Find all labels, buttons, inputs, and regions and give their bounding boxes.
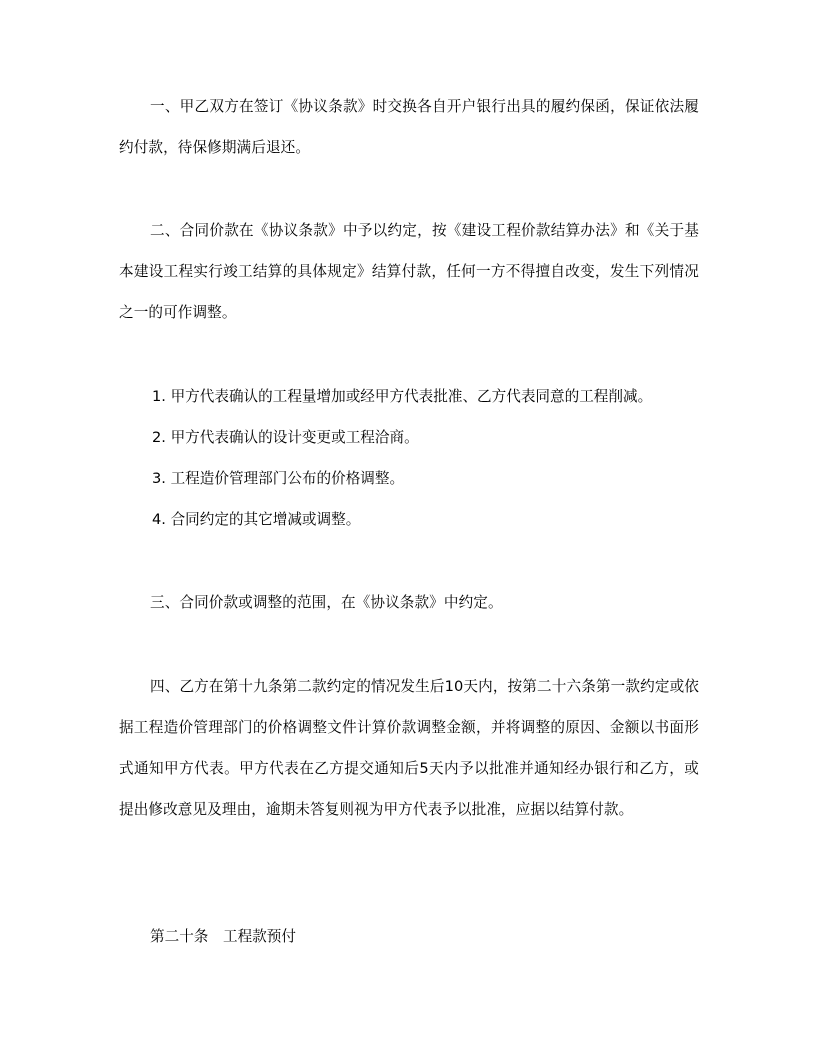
- paragraph-adjustment-procedure: 四、乙方在第十九条第二款约定的情况发生后10天内，按第二十六条第一款约定或依据工…: [119, 666, 699, 830]
- list-item-4: 4. 合同约定的其它增减或调整。: [152, 499, 712, 540]
- list-item-2: 2. 甲方代表确认的设计变更或工程洽商。: [152, 417, 712, 458]
- list-item-3: 3. 工程造价管理部门公布的价格调整。: [152, 458, 712, 499]
- paragraph-adjustment-scope: 三、合同价款或调整的范围，在《协议条款》中约定。: [119, 582, 699, 623]
- paragraph-contract-price: 二、合同价款在《协议条款》中予以约定，按《建设工程价款结算办法》和《关于基本建设…: [119, 210, 699, 333]
- section-heading-article-20: 第二十条 工程款预付: [150, 916, 296, 957]
- list-item-1: 1. 甲方代表确认的工程量增加或经甲方代表批准、乙方代表同意的工程削减。: [152, 376, 712, 417]
- paragraph-performance-guarantee: 一、甲乙双方在签订《协议条款》时交换各自开户银行出具的履约保函，保证依法履约付款…: [119, 86, 699, 168]
